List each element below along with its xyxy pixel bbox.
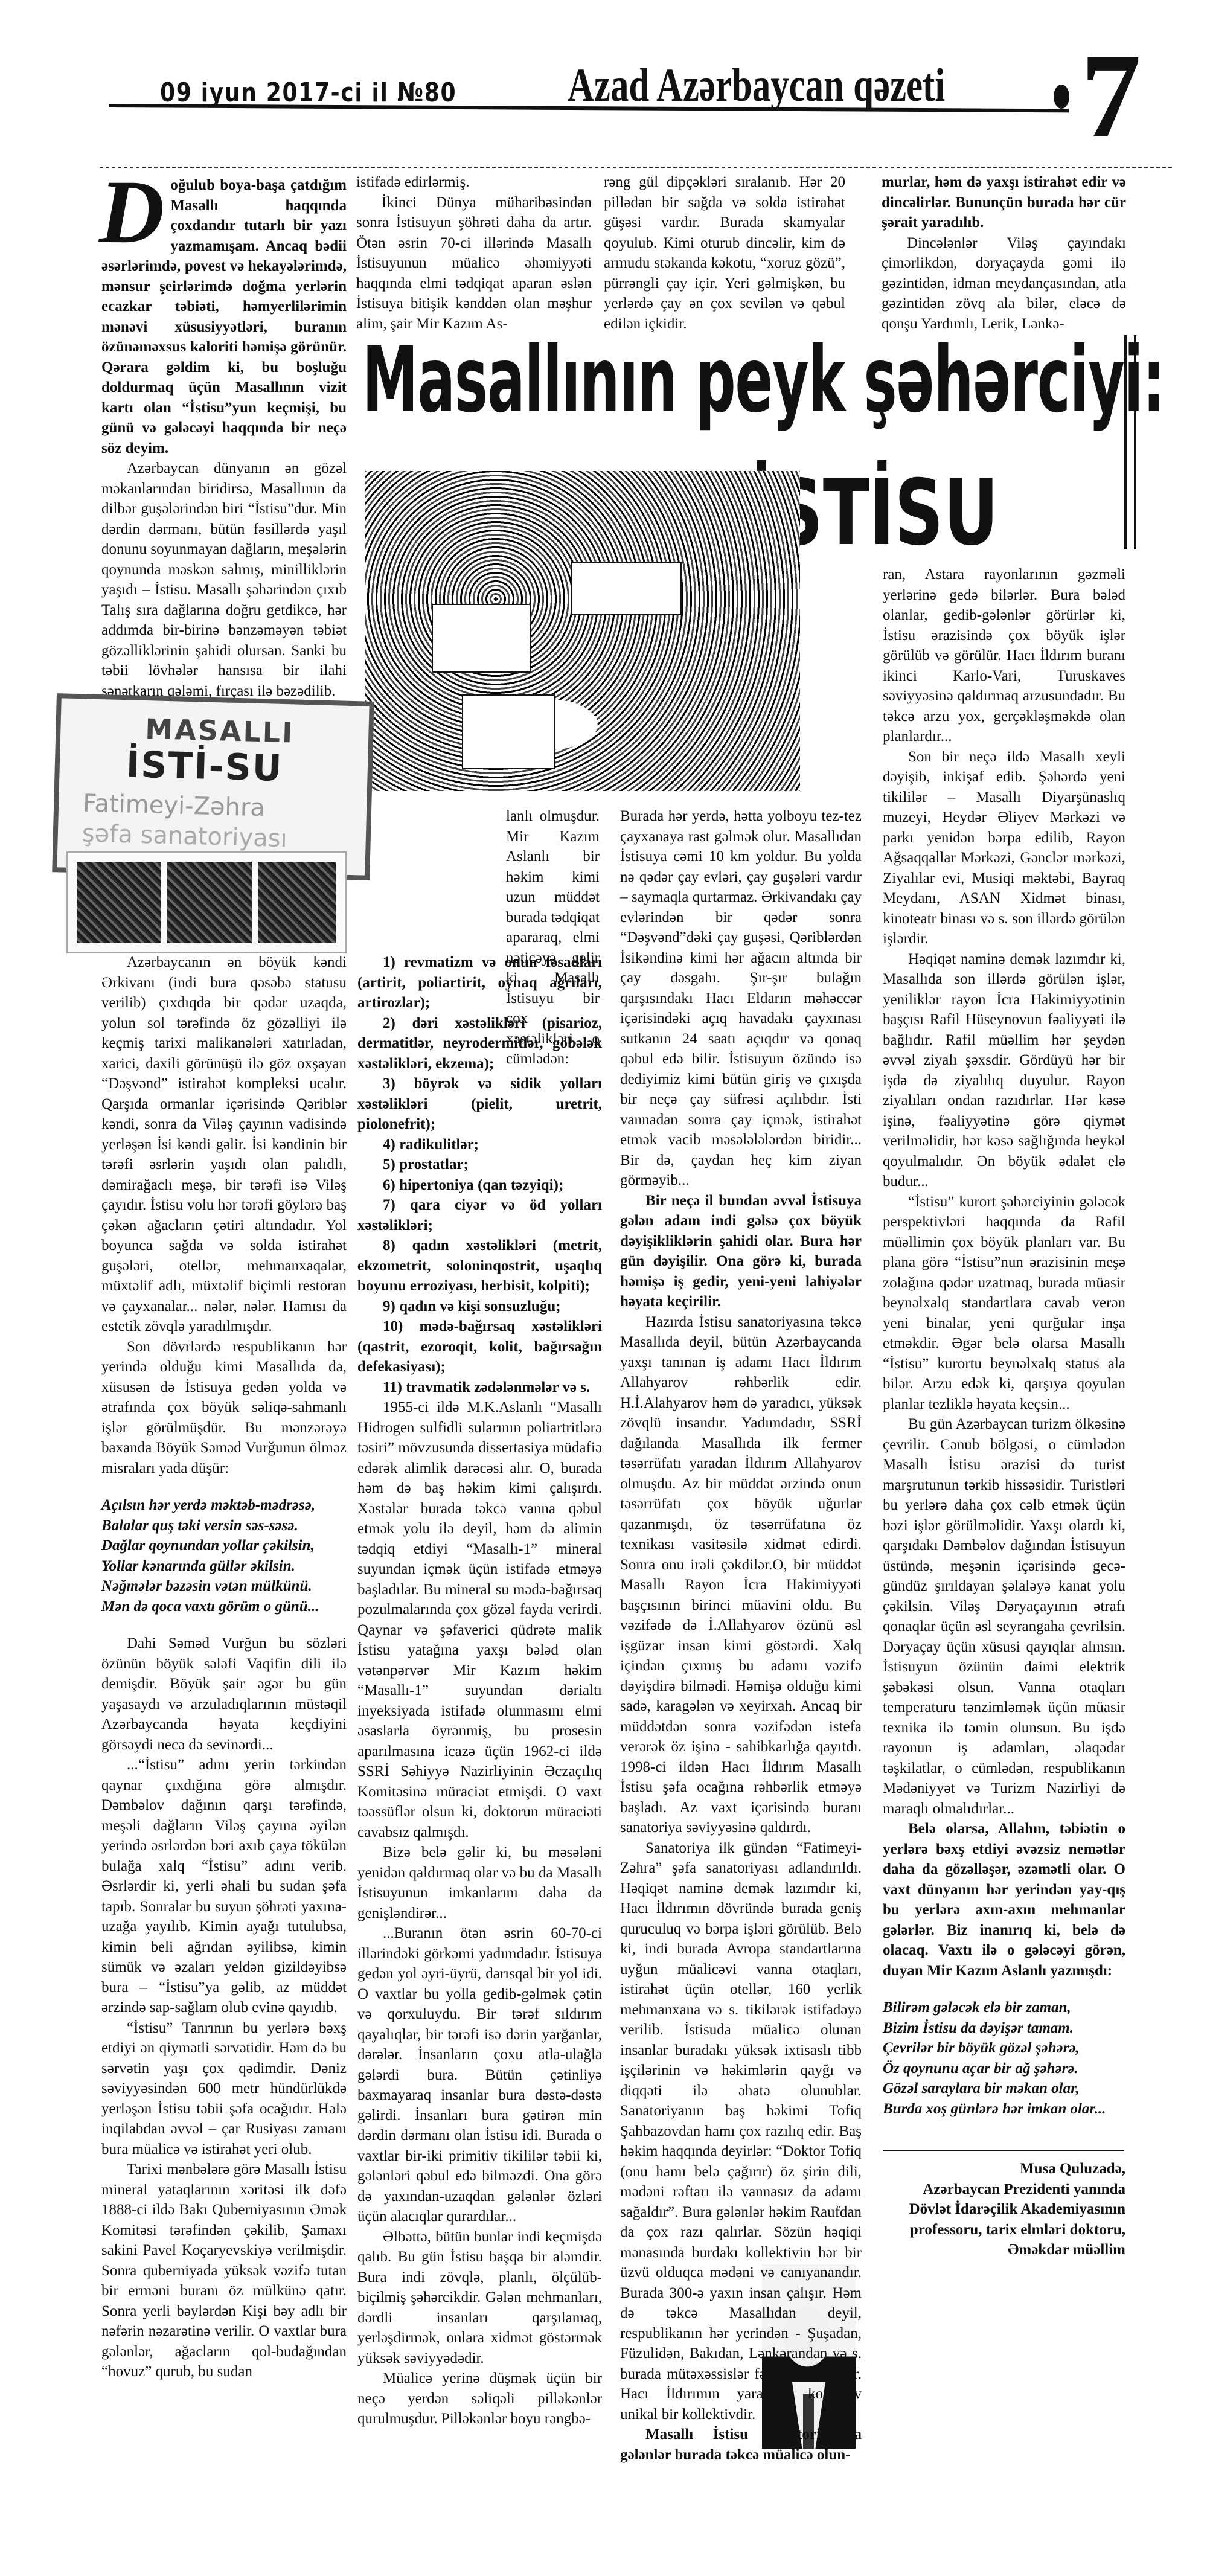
building-3 (462, 694, 555, 769)
signature-rule (883, 2150, 1124, 2151)
sign-text-sanatoriya: şəfa sanatoriyası (82, 819, 287, 853)
paragraph: rəng gül dipçəkləri sıralanıb. Hər 20 pi… (604, 172, 845, 334)
paragraph: Burada hər yerdə, hətta yolboyu tez-tez … (620, 806, 862, 1191)
paragraph: Əlbəttə, bütün bunlar indi keçmişdə qalı… (357, 2227, 602, 2369)
paragraph: Dincələnlər Viləş çayındakı çimərlikdən,… (882, 233, 1126, 335)
paragraph: Tarixi mənbələrə görə Masallı İstisu min… (101, 2159, 347, 2382)
paragraph: istifadə edirlərmiş. (356, 172, 592, 193)
poem-line: Öz qoynunu açar bir ağ şəhərə. (883, 2059, 1125, 2079)
issue-date: 09 iyun 2017-ci il №80 (160, 77, 456, 108)
photo-panel (258, 862, 336, 943)
paragraph: Dahi Səməd Vurğun bu sözləri özünün böyü… (101, 1633, 347, 1755)
author-name: Musa Quluzadə, (883, 2159, 1125, 2179)
column-4-main: ran, Astara rayonlarının gəzməli yerləri… (883, 565, 1125, 2136)
author-title-3: professoru, tarix elmləri doktoru, (883, 2220, 1125, 2240)
paragraph: “İstisu” kurort şəhərciyinin gələcək per… (883, 1192, 1125, 1415)
poem-line: Açılsın hər yerdə məktəb-mədrəsə, (101, 1495, 347, 1516)
list-item: 11) travmatik zədələnmələr və s. (357, 1377, 602, 1398)
column-1-lower: Azərbaycanın ən böyük kəndi Ərkivanı (in… (101, 952, 347, 2382)
paragraph: Bu gün Azərbaycan turizm ölkəsinə çevril… (883, 1414, 1125, 1819)
paragraph: Son dövrlərdə respublikanın hər yerində … (101, 1337, 347, 1479)
paragraph: ran, Astara rayonlarının gəzməli yerləri… (883, 565, 1125, 747)
headline-line-1: Masallının peyk şəhərciyi: (362, 335, 1164, 426)
list-item: 2) dəri xəstəlikləri (pisarioz, dermatit… (357, 1013, 602, 1074)
poem-line: Gözəl saraylara bir məkan olar, (883, 2078, 1125, 2099)
list-item: 10) mədə-bağırsaq xəstəlikləri (qastrit,… (357, 1316, 602, 1377)
paragraph: Masallı İstisu sanatoriyasına gələnlər b… (620, 2424, 862, 2465)
paragraph: Sanatoriya ilk gündən “Fatimeyi-Zəhra” ş… (620, 1838, 862, 2425)
poem-samad-vurgun: Açılsın hər yerdə məktəb-mədrəsə, Balala… (101, 1495, 347, 1616)
list-item: 6) hipertoniya (qan təzyiqi); (357, 1175, 602, 1196)
poem-line: Çevrilər bir böyük gözəl şəhərə, (883, 2038, 1125, 2059)
newspaper-title: Azad Azərbaycan qəzeti (568, 58, 945, 112)
sign-text-fatimeyi-zahra: Fatimeyi-Zəhra (83, 789, 266, 822)
column-3-lower: Burada hər yerdə, hətta yolboyu tez-tez … (620, 806, 862, 2465)
poem-line: Yollar kənarında güllər əkilsin. (101, 1556, 347, 1577)
poem-line: Bilirəm gələcək elə bir zaman, (883, 1998, 1125, 2018)
paragraph: Son bir neçə ildə Masallı xeyli dəyişib,… (883, 747, 1125, 949)
photo-panel (77, 862, 161, 943)
list-item: 7) qara ciyər və öd yolları xəstəlikləri… (357, 1195, 602, 1235)
paragraph: Bizə belə gəlir ki, bu məsələni yenidən … (357, 1842, 602, 1923)
top-dotted-rule (100, 167, 1174, 168)
drop-cap: D (99, 179, 164, 245)
list-item: 8) qadın xəstəlikləri (metrit, ekzometri… (357, 1235, 602, 1296)
poem-line: Dağlar qoynundan yollar çəkilsin, (101, 1536, 347, 1556)
list-item: 5) prostatlar; (357, 1155, 602, 1175)
column-4-top: murlar, həm də yaxşı istirahət edir və d… (882, 172, 1126, 334)
paragraph: murlar, həm də yaxşı istirahət edir və d… (882, 172, 1126, 233)
paragraph: Azərbaycan dünyanın ən gözəl məkanlarınd… (101, 458, 347, 701)
paragraph: 1955-ci ildə M.K.Aslanlı “Masallı Hidrog… (357, 1397, 602, 1842)
list-item: 3) böyrək və sidik yolları xəstəlikləri … (357, 1074, 602, 1135)
paragraph: “İstisu” Tanrının bu yerlərə bəxş etdiyi… (101, 2018, 347, 2160)
paragraph: Azərbaycanın ən böyük kəndi Ərkivanı (in… (101, 952, 347, 1337)
list-item: 9) qadın və kişi sonsuzluğu; (357, 1296, 602, 1317)
poem-line: Burda xoş günlərə hər imkan olar... (883, 2099, 1125, 2119)
paragraph: ...“İstisu” adını yerin tərkindən qaynar… (101, 1755, 347, 2018)
poem-mir-kazim-aslanli: Bilirəm gələcək elə bir zaman, Bizim İst… (883, 1998, 1125, 2119)
column-3-top: rəng gül dipçəkləri sıralanıb. Hər 20 pi… (604, 172, 845, 334)
author-title-1: Azərbaycan Prezidenti yanında (883, 2179, 1125, 2200)
poem-line: Bizim İstisu da dəyişər tamam. (883, 2018, 1125, 2039)
poem-line: Mən də qoca vaxtı görüm o günü... (101, 1597, 347, 1617)
photo-strip-buildings (66, 851, 347, 953)
author-title-2: Dövlət İdarəçilik Akademiyasının (883, 2199, 1125, 2220)
paragraph: Hazırda İstisu sanatoriyasına təkcə Masa… (620, 1312, 862, 1838)
list-item: 1) revmatizm və onun fəsadları (artirit,… (357, 952, 602, 1013)
paragraph: Müalicə yerinə düşmək üçün bir neçə yerd… (357, 2368, 602, 2429)
list-item: 4) radikulitlər; (357, 1135, 602, 1155)
headline-vertical-bars (1124, 335, 1136, 549)
paragraph: ...Buranın ötən əsrin 60-70-ci illərində… (357, 1923, 602, 2227)
sign-text-isti-su: İSTİ-SU (126, 743, 283, 790)
column-2-top: istifadə edirlərmiş. İkinci Dünya mühari… (356, 172, 592, 334)
sign-text-masalli: MASALLI (145, 713, 295, 749)
building-2 (571, 562, 682, 615)
main-photo-istisu-buildings (365, 471, 800, 791)
bullet-dot-icon (1054, 85, 1069, 109)
building-1 (432, 604, 531, 673)
paragraph: İkinci Dünya müharibəsindən sonra İstisu… (356, 193, 592, 335)
intro-paragraph: Doğulub boya-başa çatdığım Masallı haqqı… (101, 175, 347, 458)
column-1-intro: Doğulub boya-başa çatdığım Masallı haqqı… (101, 175, 347, 701)
column-2-lower: 1) revmatizm və onun fəsadları (artirit,… (357, 952, 602, 2429)
poem-line: Nəğmələr bəzəsin vətən mülkünü. (101, 1576, 347, 1597)
poem-line: Balalar quş təki versin səs-səsə. (101, 1516, 347, 1536)
page-number: 7 (1081, 36, 1141, 157)
paragraph: Bir neçə il bundan əvvəl İstisuya gələn … (620, 1191, 862, 1312)
paragraph: Həqiqət naminə demək lazımdır ki, Masall… (883, 949, 1125, 1192)
author-title-4: Əməkdar müəllim (883, 2240, 1125, 2260)
author-signature: Musa Quluzadə, Azərbaycan Prezidenti yan… (883, 2159, 1125, 2260)
paragraph: Belə olarsa, Allahın, təbiətin o yerlərə… (883, 1819, 1125, 1981)
photo-panel (167, 862, 252, 943)
